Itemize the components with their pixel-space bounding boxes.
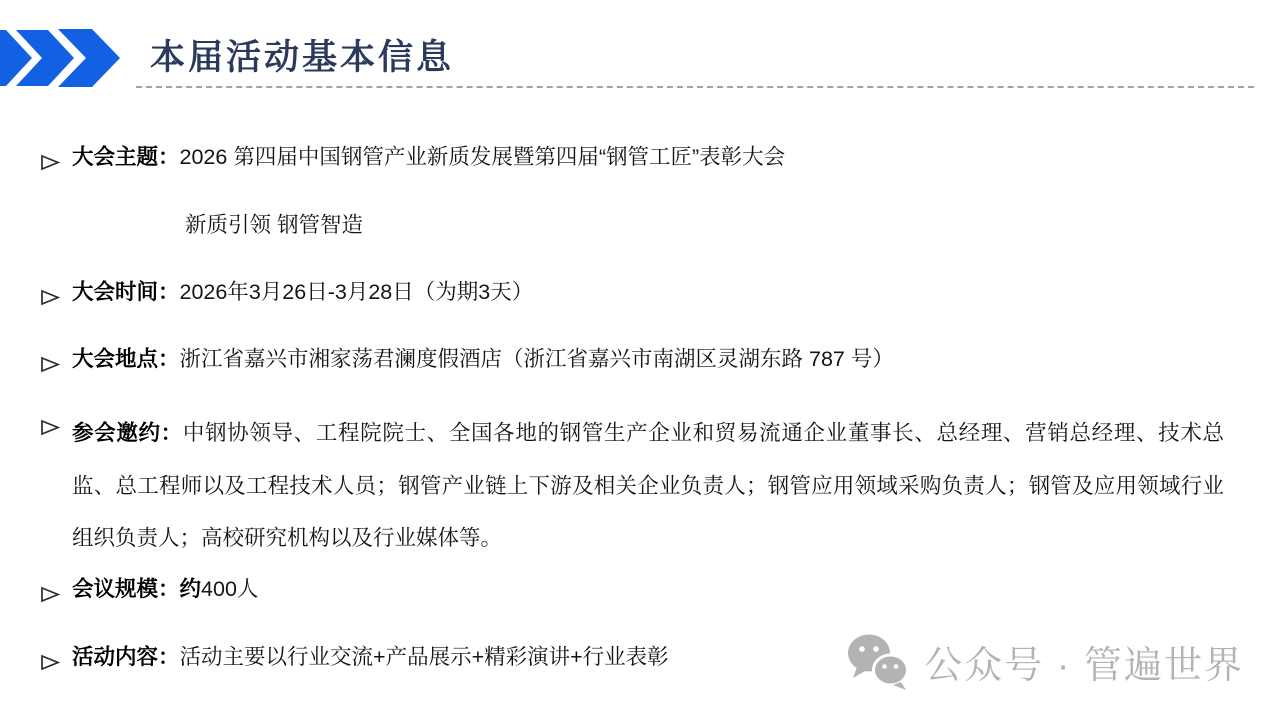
list-item-place: 大会地点：浙江省嘉兴市湘家荡君澜度假酒店（浙江省嘉兴市南湖区灵湖东路 787 号…: [40, 344, 1220, 382]
item-label: 大会时间：: [72, 280, 180, 304]
list-item-scale: 会议规模：约400人: [40, 574, 1220, 612]
item-label: 大会主题：: [72, 145, 180, 169]
item-text: 活动主要以行业交流+产品展示+精彩演讲+行业表彰: [180, 645, 669, 669]
arrow-bullet-icon: [40, 344, 72, 382]
arrow-bullet-icon: [40, 407, 60, 445]
item-label: 参会邀约：: [72, 421, 183, 445]
item-emphasis: 约: [180, 577, 202, 601]
header-chevrons-decoration: [0, 29, 138, 92]
list-item-time: 大会时间：2026年3月26日-3月28日（为期3天）: [40, 277, 1220, 315]
wechat-icon: [846, 632, 910, 690]
arrow-bullet-icon: [40, 574, 72, 612]
item-text: 400人: [201, 577, 258, 601]
theme-slogan: 新质引领 钢管智造: [185, 210, 363, 241]
slide: { "header": { "title": "本届活动基本信息", "acce…: [0, 0, 1280, 720]
list-item-theme: 大会主题：2026 第四届中国钢管产业新质发展暨第四届“钢管工匠”表彰大会: [40, 142, 1220, 180]
item-label: 会议规模：: [72, 577, 180, 601]
watermark-text: 公众号 · 管遍世界: [924, 634, 1244, 689]
item-text: 2026 第四届中国钢管产业新质发展暨第四届“钢管工匠”表彰大会: [180, 145, 786, 169]
chevron-arrows-icon: [0, 29, 138, 87]
list-item-invite: 参会邀约：中钢协领导、工程院院士、全国各地的钢管生产企业和贸易流通企业董事长、总…: [40, 407, 1224, 565]
page-title: 本届活动基本信息: [150, 30, 454, 80]
item-label: 活动内容：: [72, 645, 180, 669]
header-divider: [136, 86, 1254, 88]
item-text: 浙江省嘉兴市湘家荡君澜度假酒店（浙江省嘉兴市南湖区灵湖东路 787 号）: [180, 347, 894, 371]
watermark: 公众号 · 管遍世界: [846, 632, 1244, 690]
item-label: 大会地点：: [72, 347, 180, 371]
item-text: 2026年3月26日-3月28日（为期3天）: [180, 280, 534, 304]
item-text: 中钢协领导、工程院院士、全国各地的钢管生产企业和贸易流通企业董事长、总经理、营销…: [72, 421, 1224, 550]
arrow-bullet-icon: [40, 277, 72, 315]
arrow-bullet-icon: [40, 642, 72, 680]
arrow-bullet-icon: [40, 142, 72, 180]
